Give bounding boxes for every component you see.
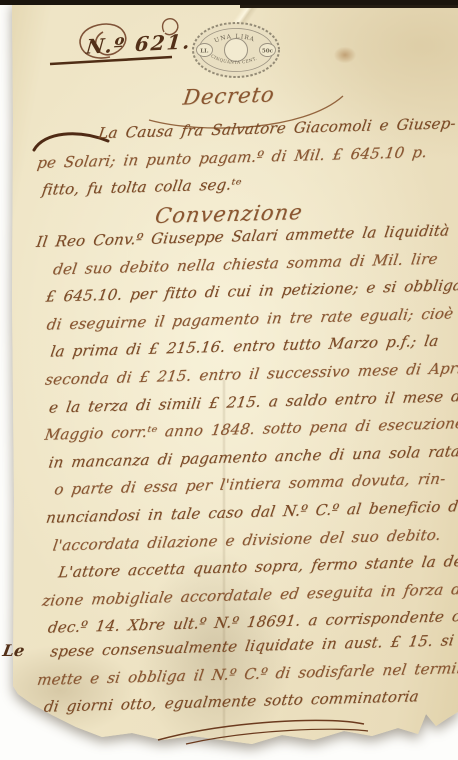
body-paragraph: Il Reo Conv.º Giuseppe Salari ammette la…: [33, 221, 458, 564]
costs-paragraph: spese consensualmente liquidate in aust.…: [33, 631, 458, 726]
stamp-center-circle: [225, 39, 248, 62]
scan-edge-bar-right: [240, 5, 458, 8]
costs-margin-word: Le: [1, 641, 26, 660]
intro-paragraph: La Causa fra Salvatore Giacomoli e Giuse…: [33, 114, 458, 209]
stamp-right-value: 50c: [262, 48, 274, 54]
scanned-document-page: N.º 621. LI. 50c UNA LIRA CINQUANTA CENT…: [0, 0, 458, 760]
revenue-stamp: LI. 50c UNA LIRA CINQUANTA CENT.: [190, 20, 282, 80]
stamp-left-value: LI.: [200, 48, 209, 54]
